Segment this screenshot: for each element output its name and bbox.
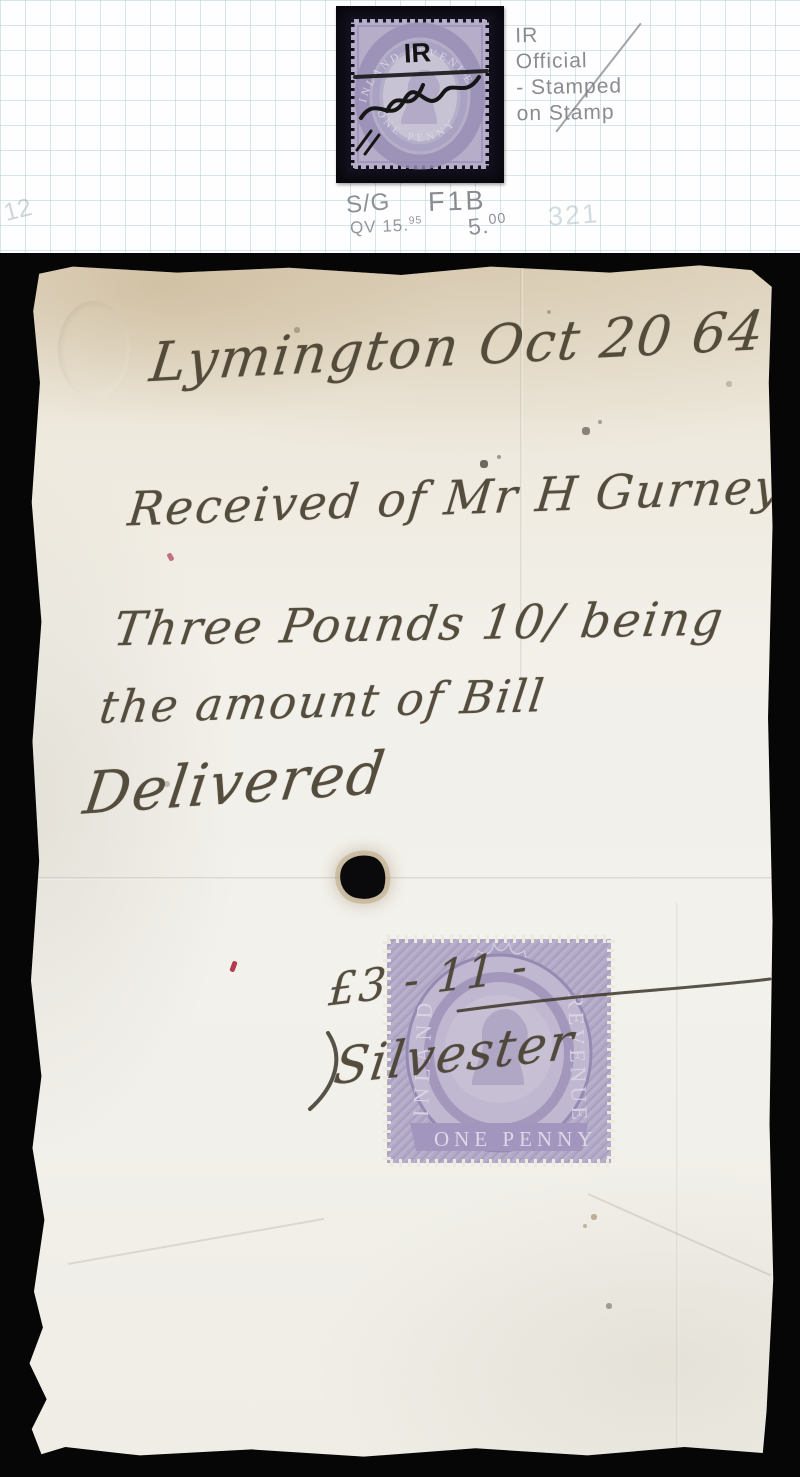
receipt-line-amount-words: Three Pounds 10/ being [110,592,728,658]
vertical-crease-bottom [676,903,679,1459]
punch-hole [335,850,390,904]
album-page: INLAND REVENUE ONE PENNY IR IR Official … [0,0,800,1477]
receipt-line-place-date: Lymington Oct 20 64 [147,299,769,395]
pencil-annotation: IR Official - Stamped on Stamp [515,21,667,128]
horizontal-fold-crease [28,877,774,880]
ink-specks [28,263,30,265]
catalog-price: 5.00 [467,210,509,241]
annotation-line: on Stamp [516,99,666,128]
red-mark [166,552,174,561]
catalog-qv-price: QV 15.95 [350,214,424,238]
diagonal-crease [68,1218,324,1265]
faint-page-number: 321 [547,198,600,232]
stamp-denomination: ONE PENNY [434,1127,597,1151]
receipt-line-amount-of-bill: the amount of Bill [97,669,549,734]
pen-strokes-overlay [28,263,774,1459]
top-revenue-stamp: INLAND REVENUE ONE PENNY IR [347,15,493,173]
receipt-line-delivered: Delivered [80,738,391,828]
ir-overprint: IR [403,37,432,68]
signature-flourish [310,1033,336,1109]
annotation-line: IR [515,21,665,50]
faint-margin-number: 12 [1,193,35,228]
stamp-mount: INLAND REVENUE ONE PENNY IR [336,6,504,183]
receipt-paper: Lymington Oct 20 64 Received of Mr H Gur… [28,263,774,1459]
qv-price-cents: 95 [408,214,422,227]
price-cents: 00 [488,210,507,228]
red-mark [229,960,237,972]
photo-backdrop: Lymington Oct 20 64 Received of Mr H Gur… [0,253,800,1477]
receipt-line-received-of: Received of Mr H Gurney [125,459,785,537]
diagonal-crease [588,1193,772,1276]
annotation-line: Official [516,47,666,76]
embossed-crest [58,301,130,397]
